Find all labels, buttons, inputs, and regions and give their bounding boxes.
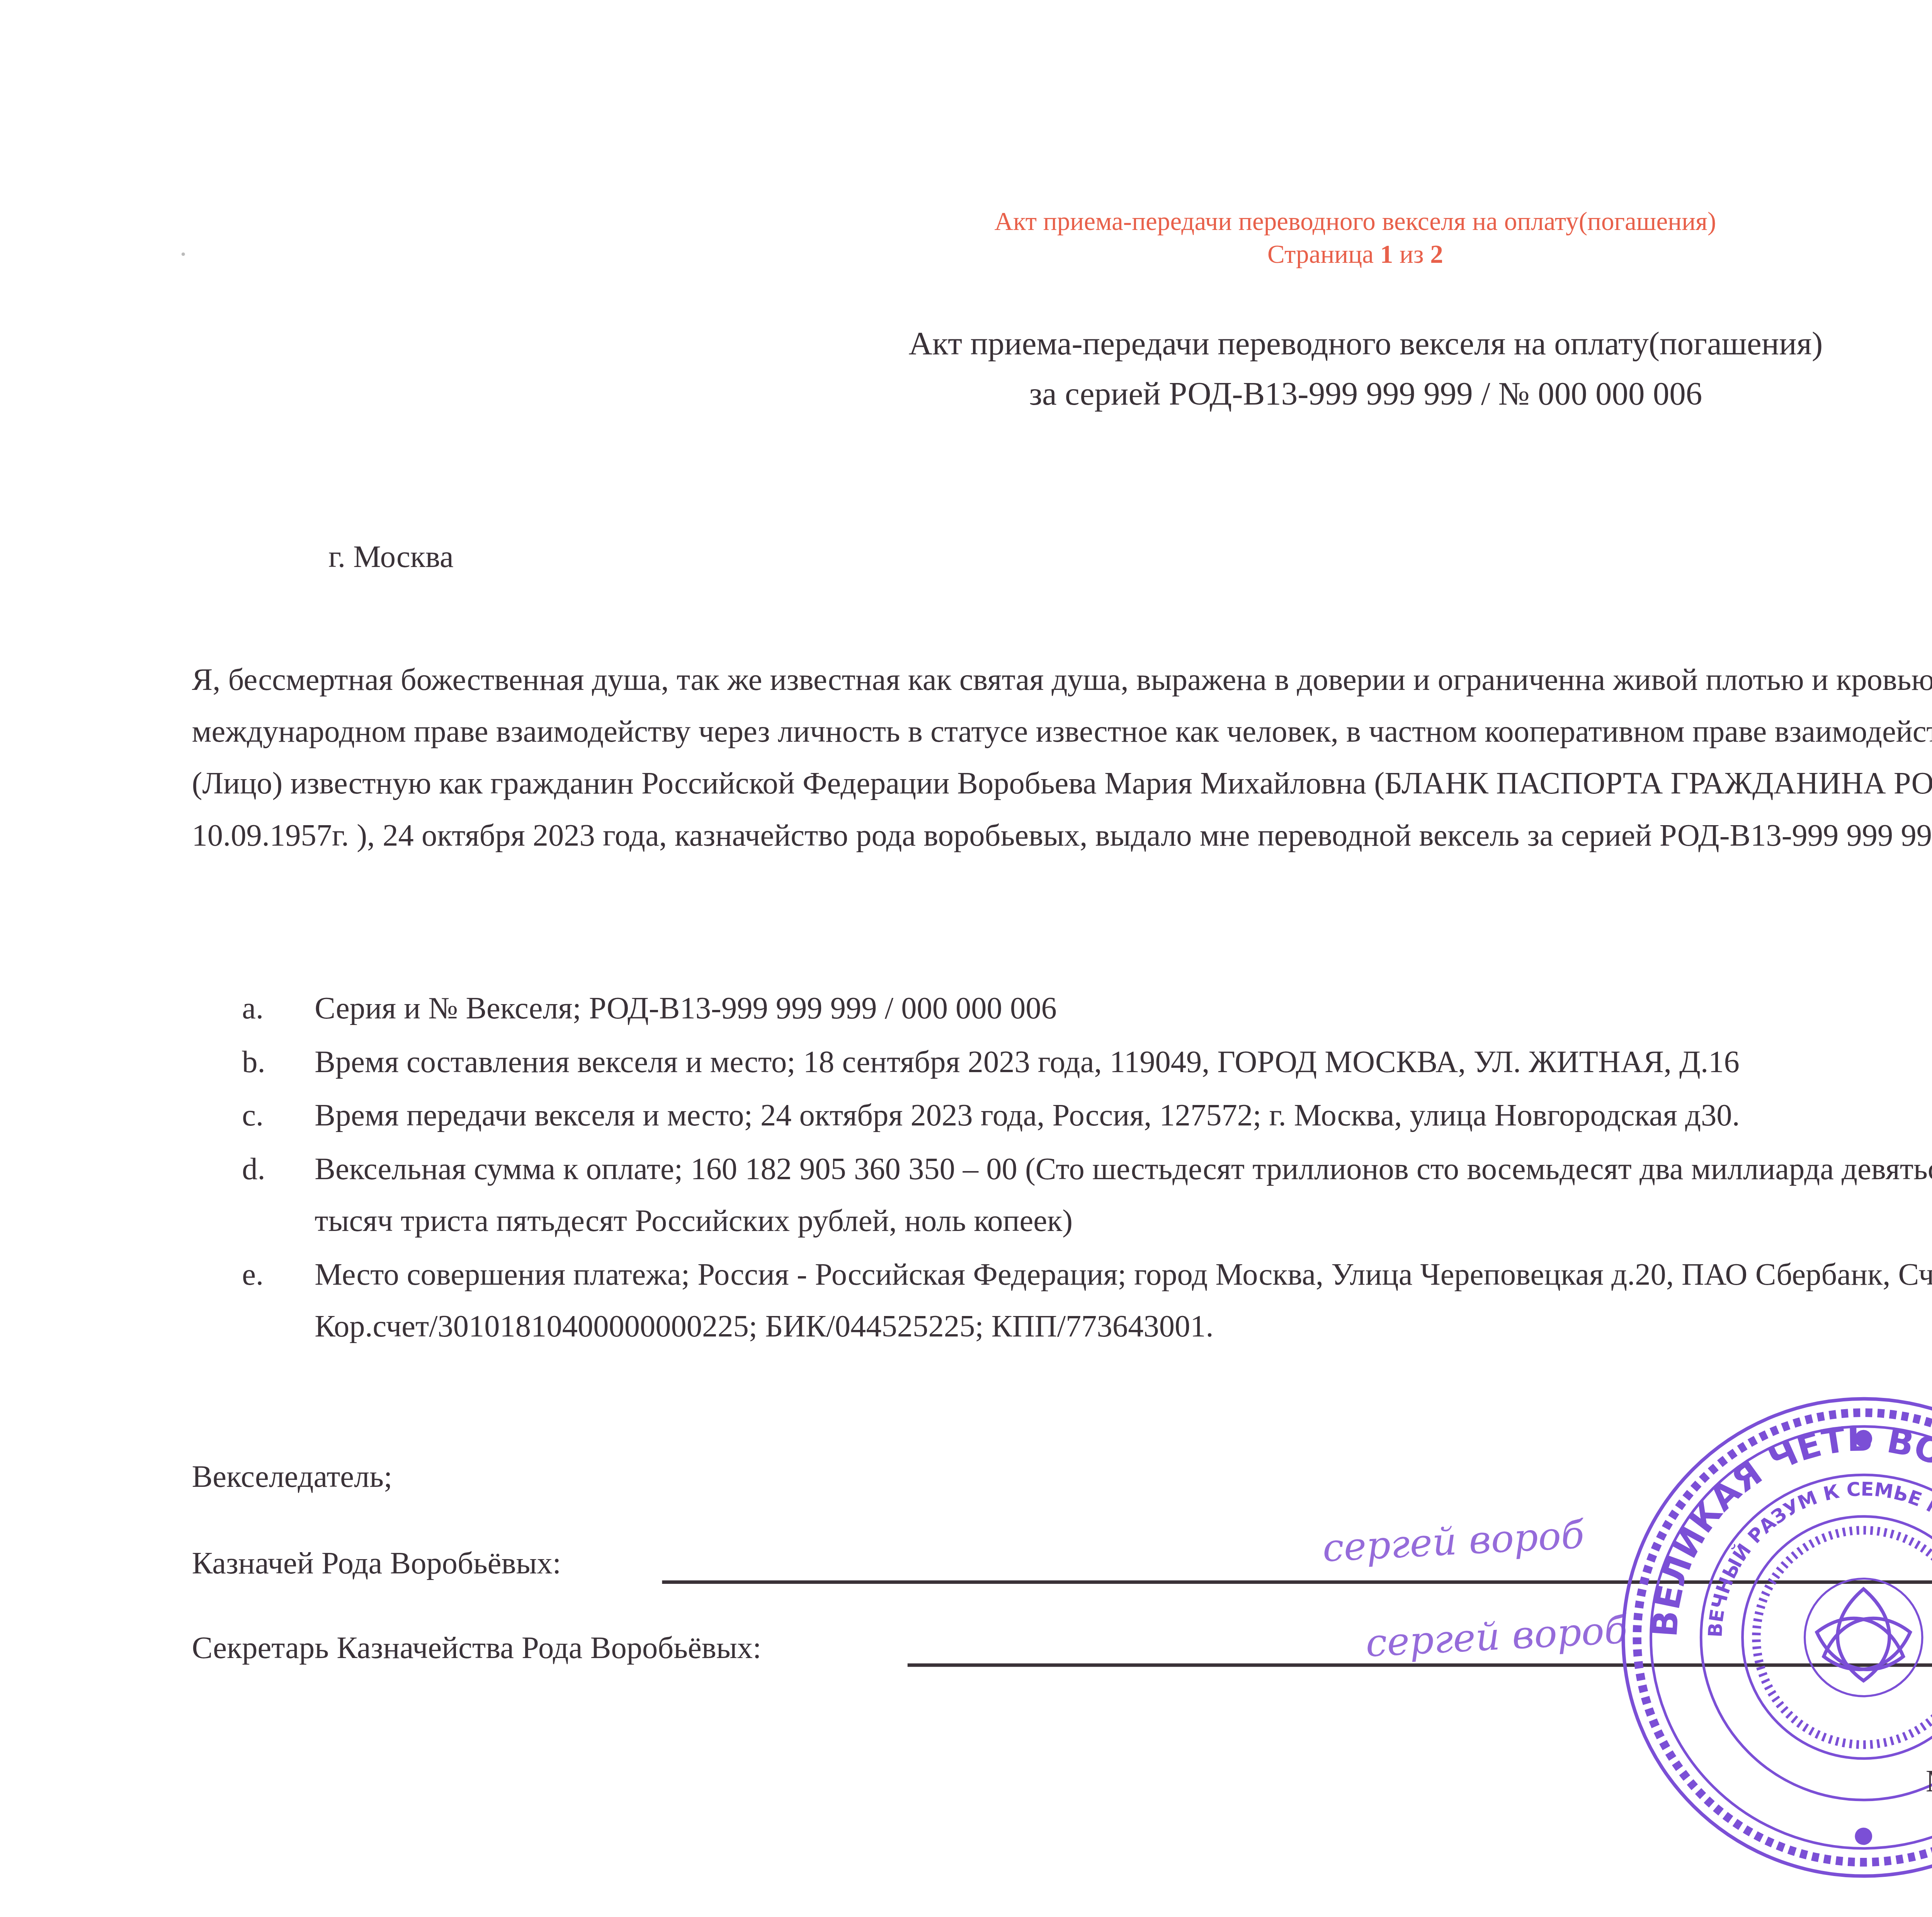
running-header: Акт приема-передачи переводного векселя … xyxy=(0,208,1932,273)
document-place: г. Москва xyxy=(328,540,454,576)
document-title: Акт приема-передачи переводного векселя … xyxy=(0,320,1932,420)
secretary-signature: сергей вороб xyxy=(1365,1610,1629,1667)
list-item: c.Время передачи векселя и место; 24 окт… xyxy=(242,1089,1932,1141)
list-marker: e. xyxy=(242,1248,264,1300)
page-total: 2 xyxy=(1430,242,1443,270)
list-item: e.Место совершения платежа; Россия - Рос… xyxy=(242,1248,1932,1352)
running-header-title: Акт приема-передачи переводного векселя … xyxy=(0,208,1932,240)
intro-paragraph: Я, бессмертная божественная душа, так же… xyxy=(192,654,1932,861)
list-marker: a. xyxy=(242,982,264,1034)
list-item-text: Время составления векселя и место; 18 се… xyxy=(315,1044,1740,1079)
list-item: b.Время составления векселя и место; 18 … xyxy=(242,1036,1932,1088)
round-seal-stamp: ВЕЛИКАЯ ЧЕТЬ ВОРОБЬЕВА РОД СЕРГЕЯ ВЕЧНЫЙ… xyxy=(1616,1394,1932,1883)
page-indicator: Страница 1 из 2 xyxy=(0,240,1932,273)
document-page: Акт приема-передачи переводного векселя … xyxy=(0,0,1932,1917)
list-marker: b. xyxy=(242,1036,265,1088)
list-item-text: Вексельная сумма к оплате; 160 182 905 3… xyxy=(315,1152,1932,1238)
list-item-text: Место совершения платежа; Россия - Росси… xyxy=(315,1257,1932,1343)
treasurer-signature: сергей вороб xyxy=(1321,1515,1585,1571)
stamp-place-mark: М.П. xyxy=(1926,1764,1932,1800)
document-title-line1: Акт приема-передачи переводного векселя … xyxy=(0,320,1932,370)
page-current: 1 xyxy=(1380,242,1393,270)
drawer-label: Векселедатель; xyxy=(192,1459,393,1496)
list-marker: d. xyxy=(242,1143,265,1195)
list-item-text: Время передачи векселя и место; 24 октяб… xyxy=(315,1098,1740,1132)
list-item: d.Вексельная сумма к оплате; 160 182 905… xyxy=(242,1143,1932,1246)
list-marker: c. xyxy=(242,1089,264,1141)
secretary-label: Секретарь Казначейства Рода Воробьёвых: xyxy=(192,1631,762,1667)
list-item-text: Серия и № Векселя; РОД-В13-999 999 999 /… xyxy=(315,991,1057,1025)
details-list: a.Серия и № Векселя; РОД-В13-999 999 999… xyxy=(242,982,1932,1354)
document-title-line2: за серией РОД-В13-999 999 999 / № 000 00… xyxy=(0,370,1932,420)
list-item: a.Серия и № Векселя; РОД-В13-999 999 999… xyxy=(242,982,1932,1034)
svg-text:ВЕЧНЫЙ РАЗУМ К СЕМЬЕ МАТЕРИЯ: ВЕЧНЫЙ РАЗУМ К СЕМЬЕ МАТЕРИЯ И ЖИВОЙ СВЕ… xyxy=(1704,1478,1932,1758)
treasurer-label: Казначей Рода Воробьёвых: xyxy=(192,1546,561,1582)
